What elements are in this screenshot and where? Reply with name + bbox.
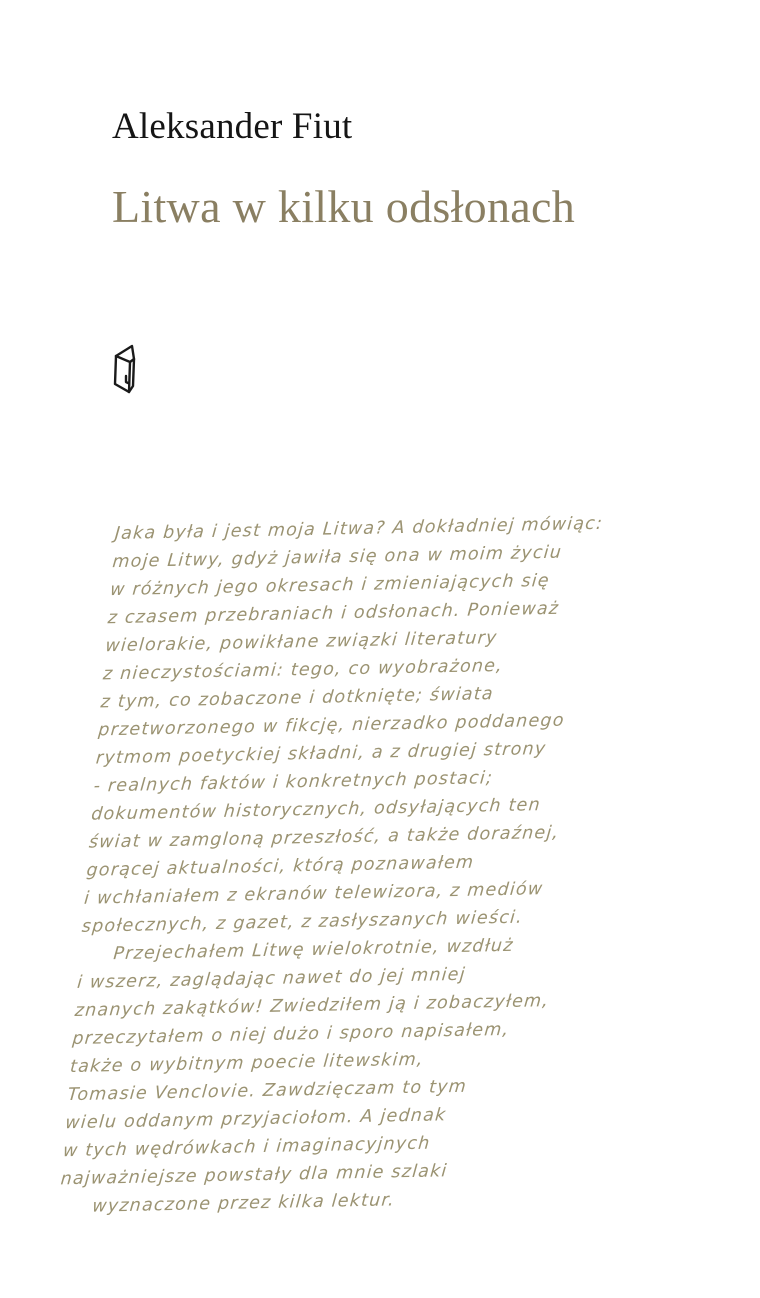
book-title: Litwa w kilku odsłonach — [112, 184, 575, 230]
open-book-door-icon — [112, 342, 142, 394]
handwritten-note: Jaka była i jest moja Litwa? A dokładnie… — [57, 508, 676, 1221]
author-name: Aleksander Fiut — [112, 108, 352, 145]
book-cover: Aleksander Fiut Litwa w kilku odsłonach … — [0, 0, 760, 1298]
